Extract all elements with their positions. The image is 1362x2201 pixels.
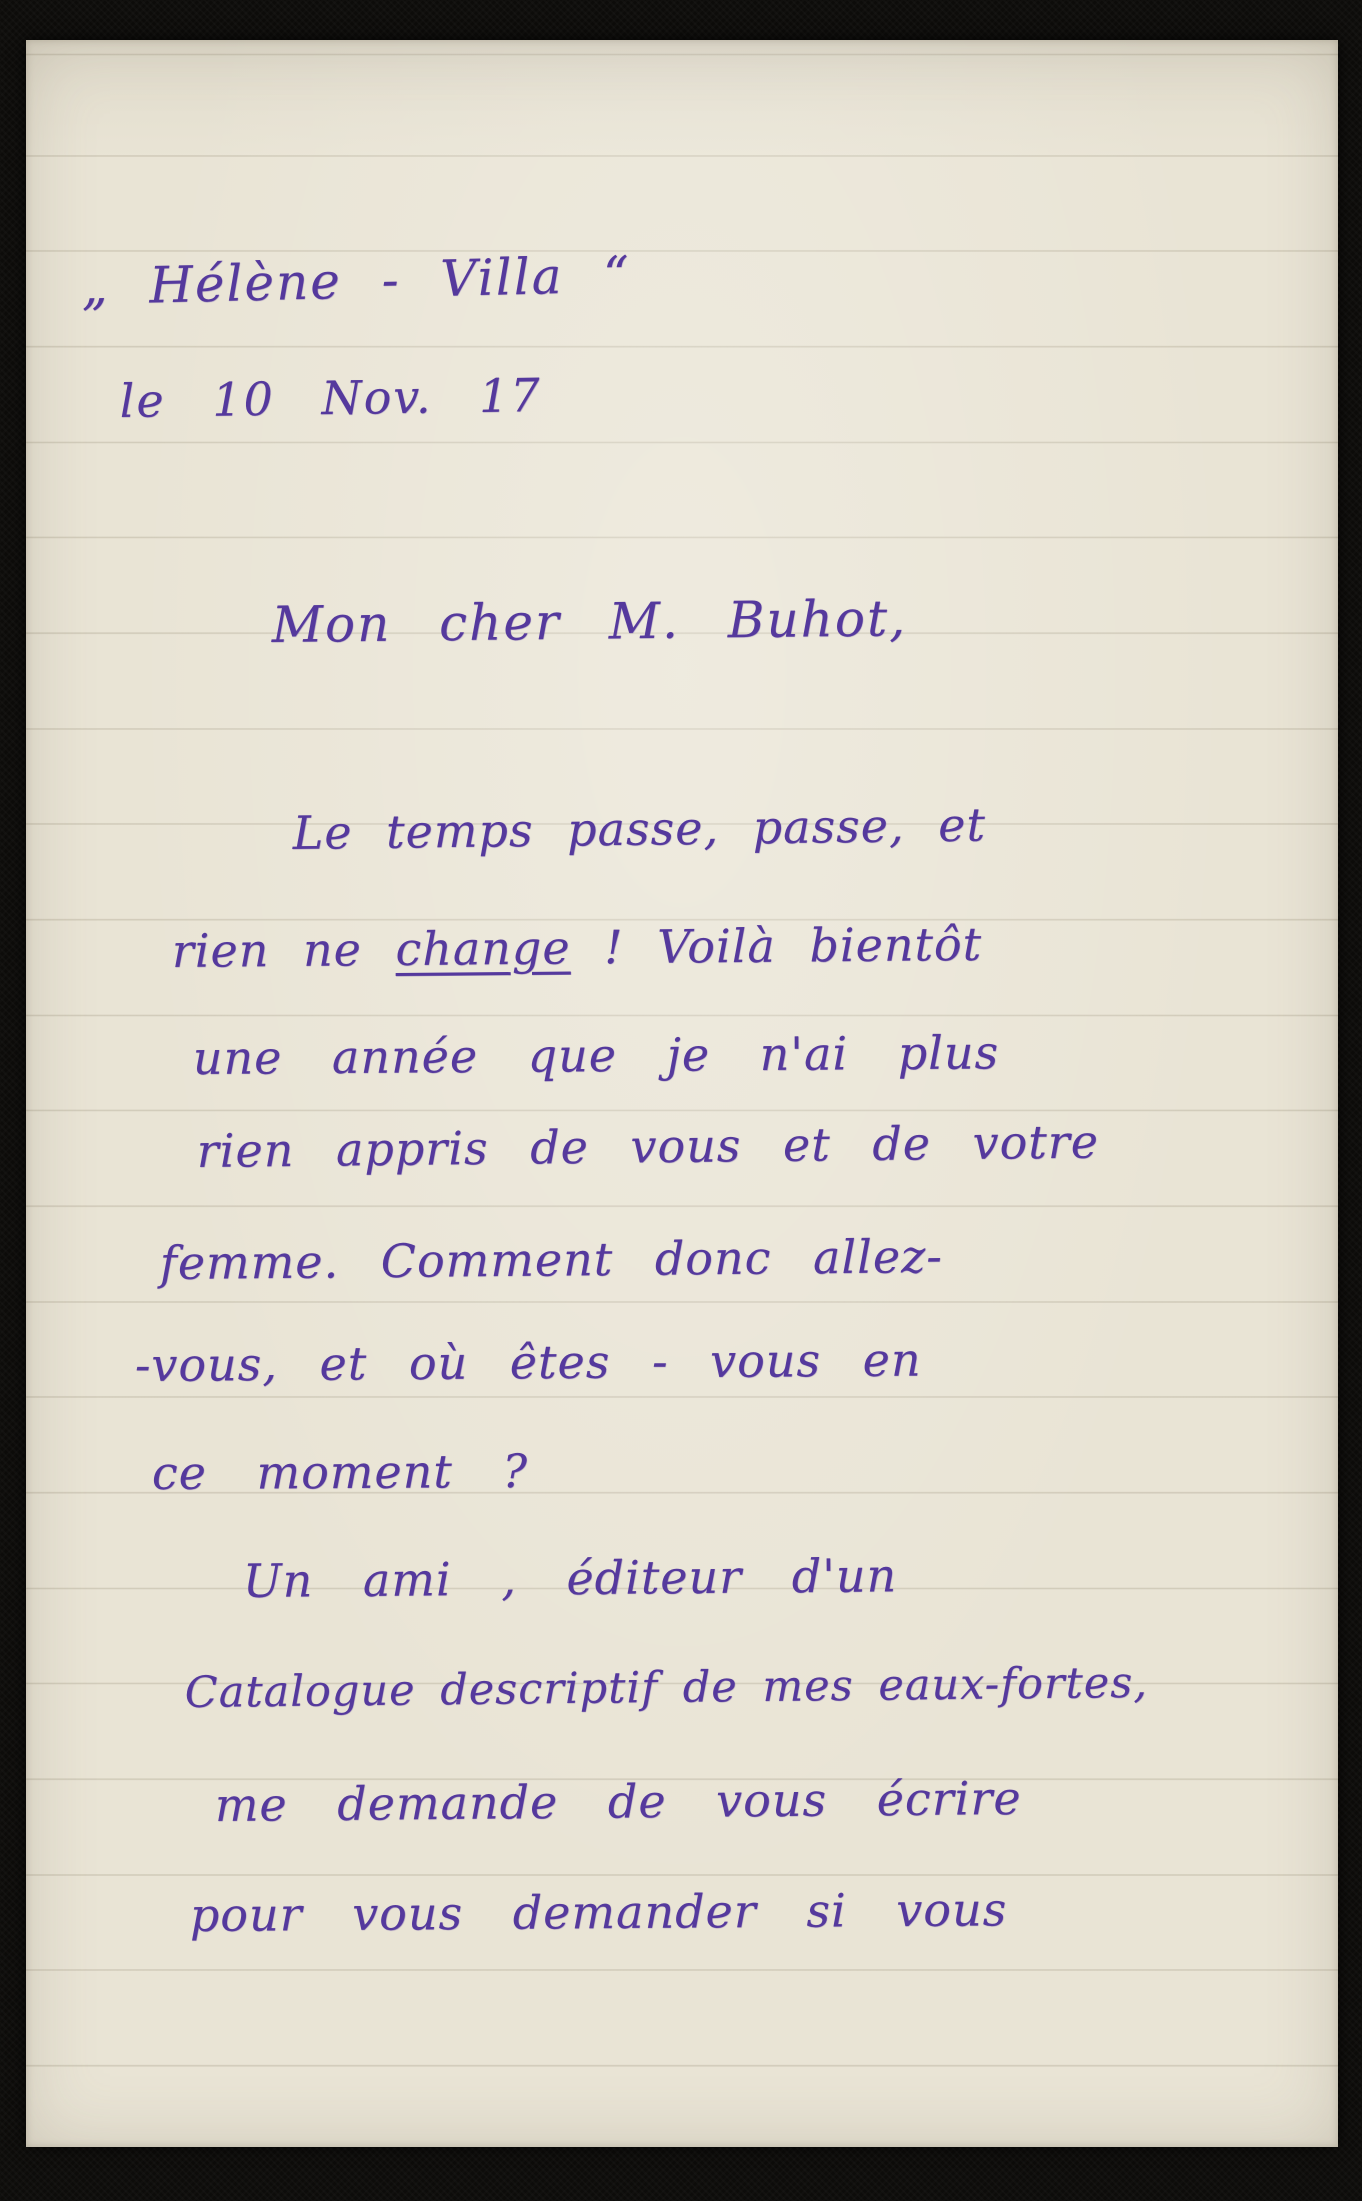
- body-line: femme. Comment donc allez-: [160, 1233, 943, 1286]
- body-line: Un ami , éditeur d'un: [243, 1552, 898, 1604]
- body-line: rien ne change ! Voilà bientôt: [172, 921, 983, 974]
- salutation-line: Mon cher M. Buhot,: [271, 593, 907, 650]
- body-line: rien appris de vous et de votre: [197, 1119, 1100, 1174]
- body-line-text: ! Voilà bientôt: [570, 917, 982, 975]
- body-line: -vous, et où êtes - vous en: [135, 1337, 922, 1388]
- date-line: le 10 Nov. 17: [119, 372, 542, 424]
- body-line: pour vous demander si vous: [190, 1886, 1008, 1938]
- body-line: ce moment ?: [152, 1448, 528, 1496]
- body-line: Le temps passe, passe, et: [292, 802, 986, 856]
- photo-background: „ Hélène - Villa “ le 10 Nov. 17 Mon che…: [0, 0, 1362, 2201]
- body-line-text: rien ne: [172, 922, 396, 978]
- body-line: une année que je n'ai plus: [193, 1029, 1000, 1081]
- body-line: Catalogue descriptif de mes eaux-fortes,: [185, 1662, 1149, 1715]
- letter-paper: „ Hélène - Villa “ le 10 Nov. 17 Mon che…: [26, 40, 1338, 2147]
- underlined-word: change: [395, 921, 571, 977]
- villa-name-line: „ Hélène - Villa “: [81, 250, 632, 312]
- body-line: me demande de vous écrire: [215, 1775, 1022, 1828]
